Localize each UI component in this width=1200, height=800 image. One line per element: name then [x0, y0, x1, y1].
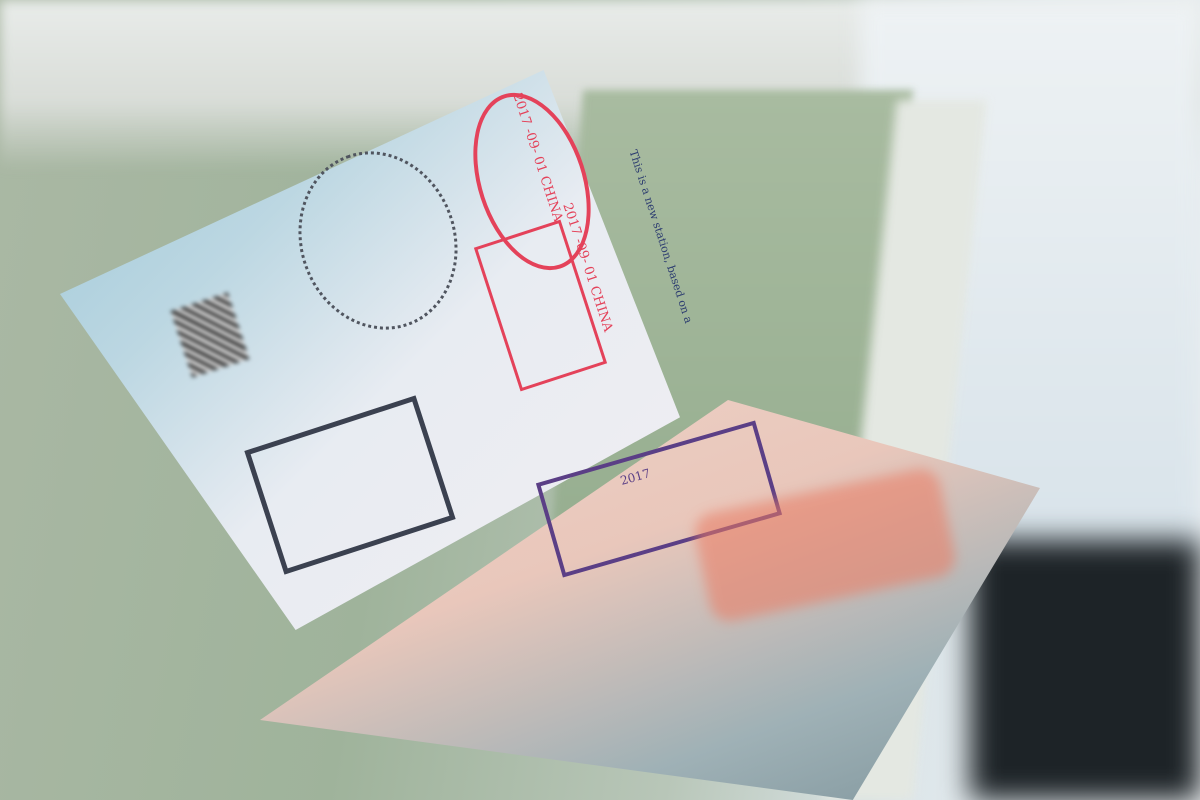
dark-corner — [970, 540, 1200, 800]
photo-scene: 2017 -09- 01 CHINA 2017 -09- 01 CHINA Th… — [0, 0, 1200, 800]
